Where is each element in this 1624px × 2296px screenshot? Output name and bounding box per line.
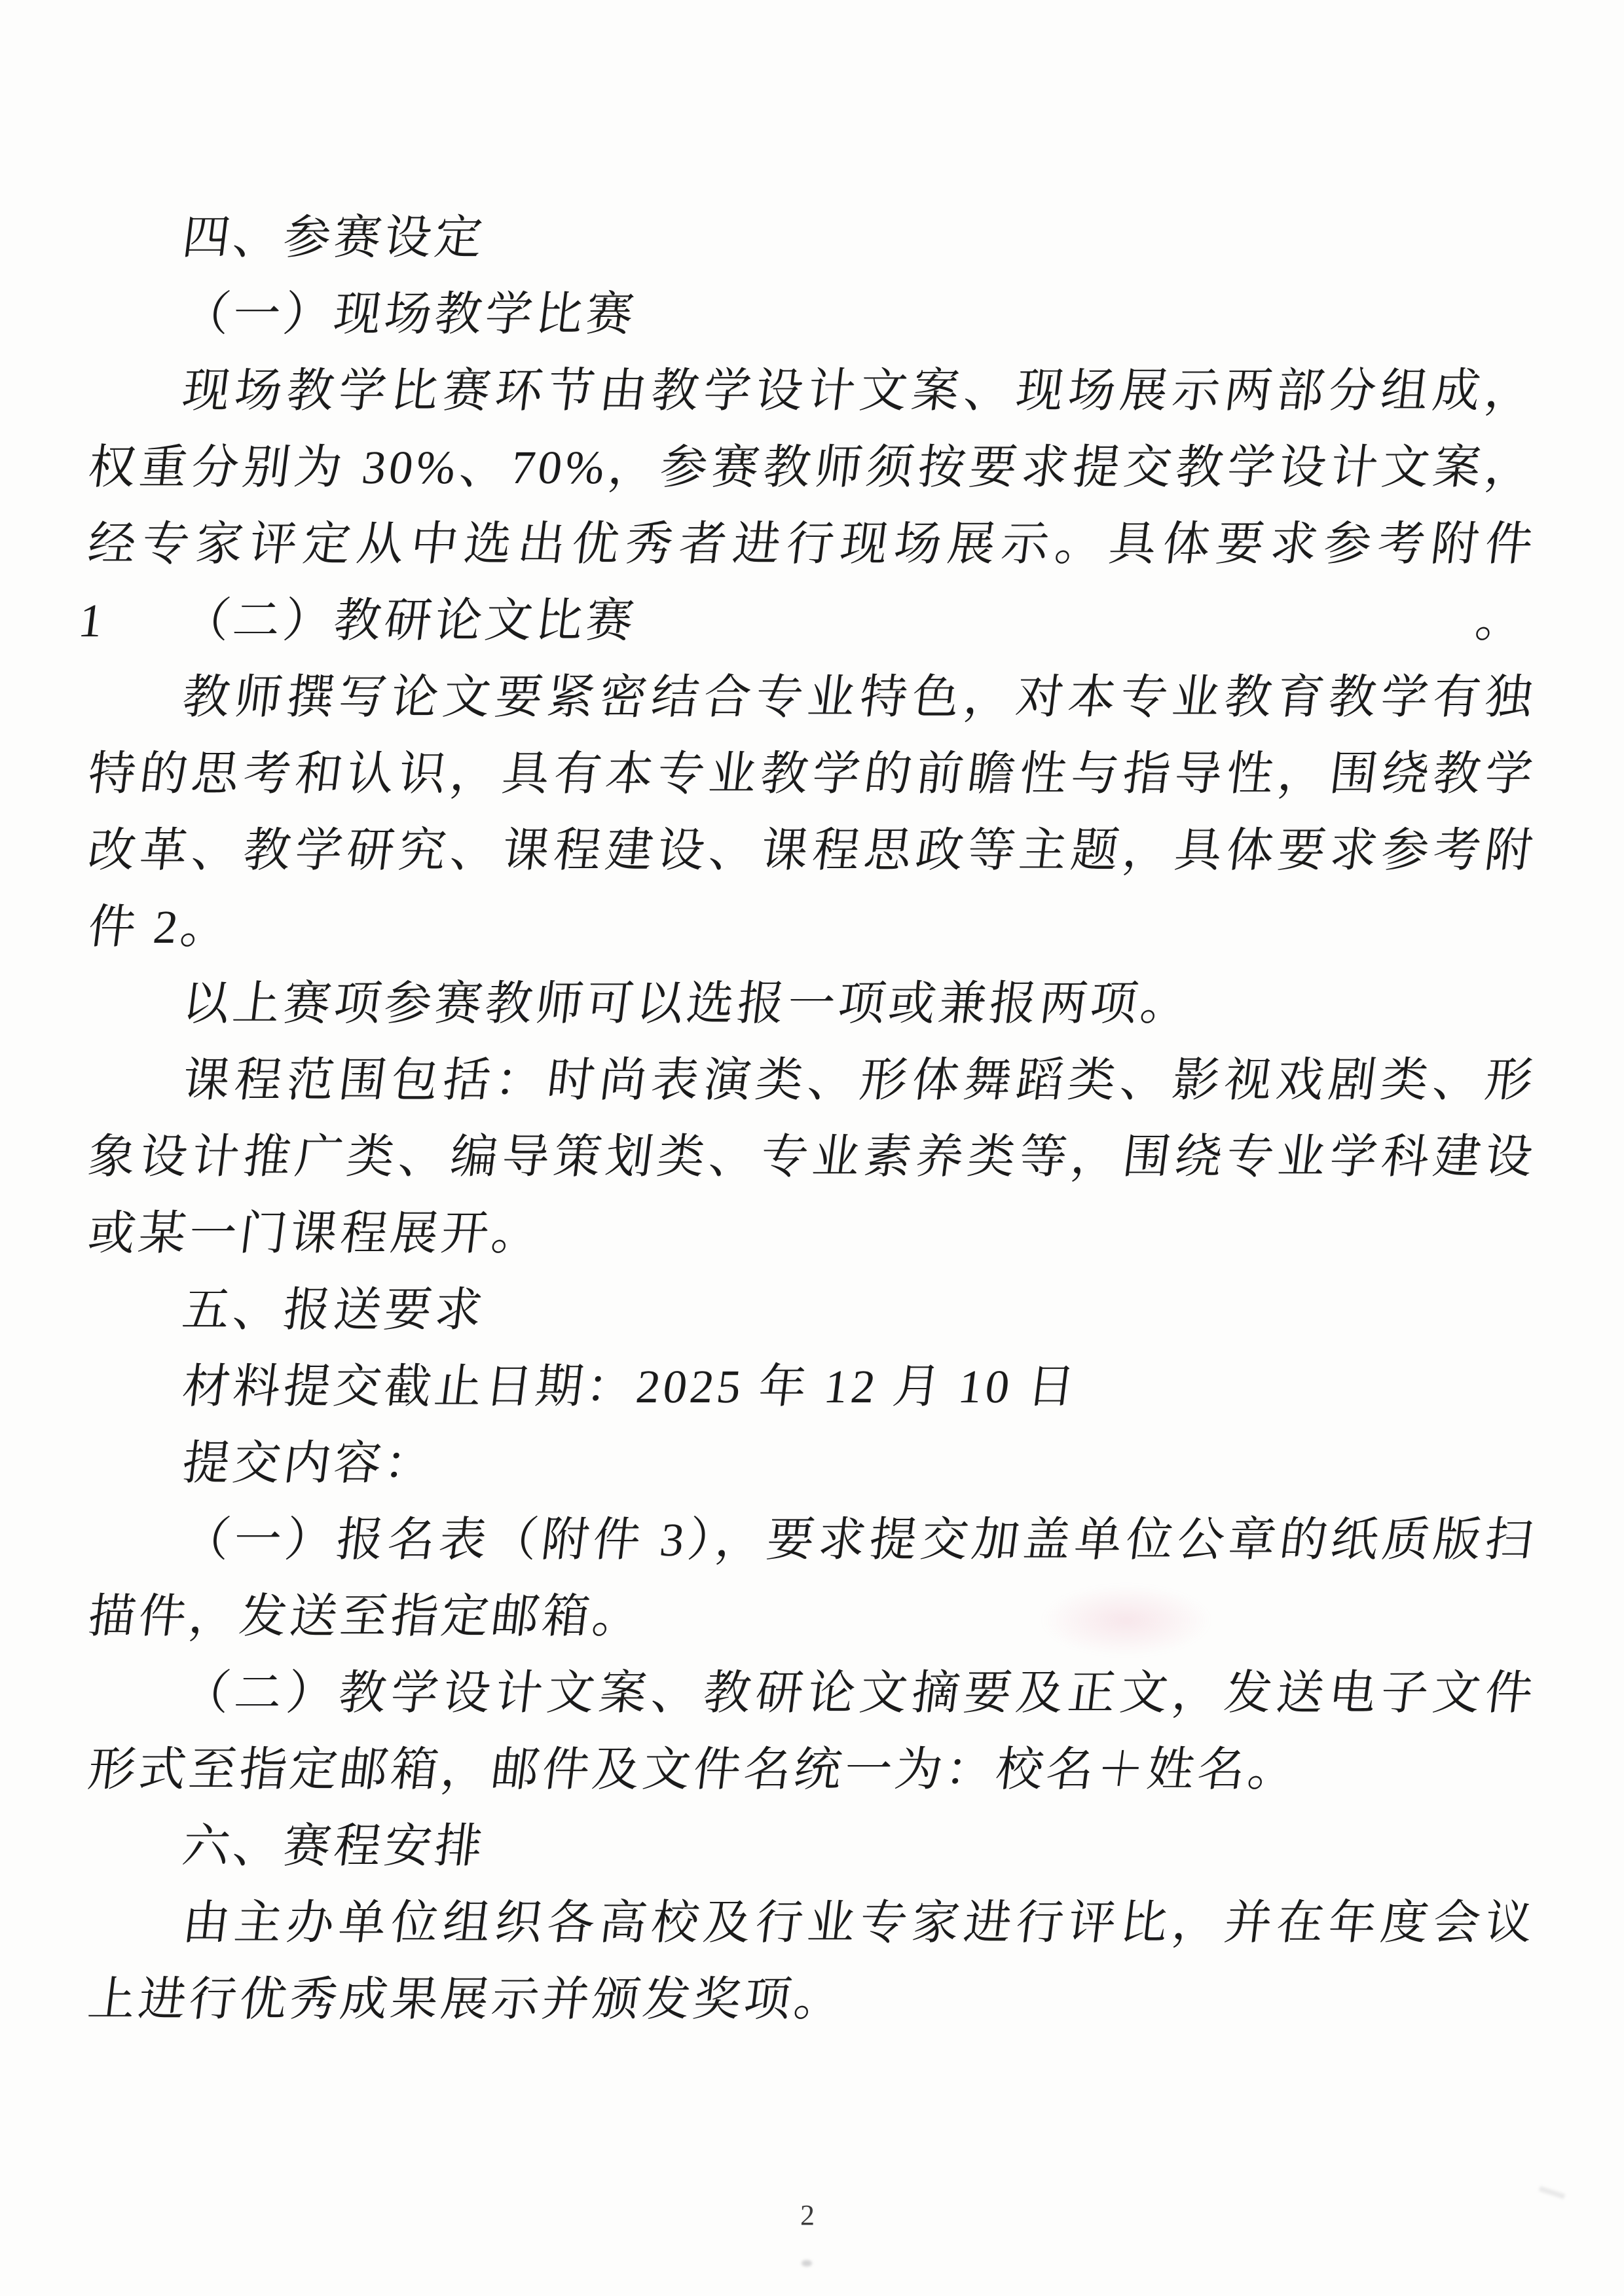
document-line: 以上赛项参赛教师可以选报一项或兼报两项。 xyxy=(84,966,1540,1042)
document-line: 特的思考和认识，具有本专业教学的前瞻性与指导性，围绕教学 xyxy=(84,736,1540,812)
scan-artifact-speck xyxy=(1539,2186,1566,2199)
document-line: （一）报名表（附件 3），要求提交加盖单位公章的纸质版扫 xyxy=(84,1502,1540,1578)
document-line: 五、报送要求 xyxy=(84,1272,1540,1349)
scanned-document-page: 四、参赛设定（一）现场教学比赛现场教学比赛环节由教学设计文案、现场展示两部分组成… xyxy=(0,0,1624,2296)
document-line: 材料提交截止日期：2025 年 12 月 10 日 xyxy=(84,1349,1540,1425)
document-line: （一）现场教学比赛 xyxy=(84,276,1540,353)
document-line: 描件，发送至指定邮箱。 xyxy=(84,1578,1540,1655)
scan-artifact-speck xyxy=(802,2260,812,2267)
document-line: （二）教研论文比赛 xyxy=(84,583,1540,659)
document-line: 件 2。 xyxy=(84,889,1540,966)
document-line: 权重分别为 30%、70%，参赛教师须按要求提交教学设计文案， xyxy=(84,429,1540,506)
document-line: 提交内容： xyxy=(84,1425,1540,1502)
document-line: 六、赛程安排 xyxy=(84,1808,1540,1885)
document-line: 教师撰写论文要紧密结合专业特色，对本专业教育教学有独 xyxy=(84,659,1540,736)
document-body: 四、参赛设定（一）现场教学比赛现场教学比赛环节由教学设计文案、现场展示两部分组成… xyxy=(88,200,1536,2038)
document-line: 或某一门课程展开。 xyxy=(84,1195,1540,1272)
document-line: 上进行优秀成果展示并颁发奖项。 xyxy=(84,1961,1540,2038)
document-line: 形式至指定邮箱，邮件及文件名统一为：校名＋姓名。 xyxy=(84,1732,1540,1808)
page-number: 2 xyxy=(0,2198,1615,2232)
document-line: 现场教学比赛环节由教学设计文案、现场展示两部分组成， xyxy=(84,353,1540,429)
document-line: 经专家评定从中选出优秀者进行现场展示。具体要求参考附件 1。 xyxy=(84,506,1540,583)
scan-artifact-smudge xyxy=(1041,1584,1211,1656)
document-line: 象设计推广类、编导策划类、专业素养类等，围绕专业学科建设 xyxy=(84,1119,1540,1195)
document-line: 改革、教学研究、课程建设、课程思政等主题，具体要求参考附 xyxy=(84,812,1540,889)
document-line: 四、参赛设定 xyxy=(84,200,1540,276)
document-line: 课程范围包括：时尚表演类、形体舞蹈类、影视戏剧类、形 xyxy=(84,1042,1540,1119)
document-line: 由主办单位组织各高校及行业专家进行评比，并在年度会议 xyxy=(84,1885,1540,1961)
document-line: （二）教学设计文案、教研论文摘要及正文，发送电子文件 xyxy=(84,1655,1540,1732)
